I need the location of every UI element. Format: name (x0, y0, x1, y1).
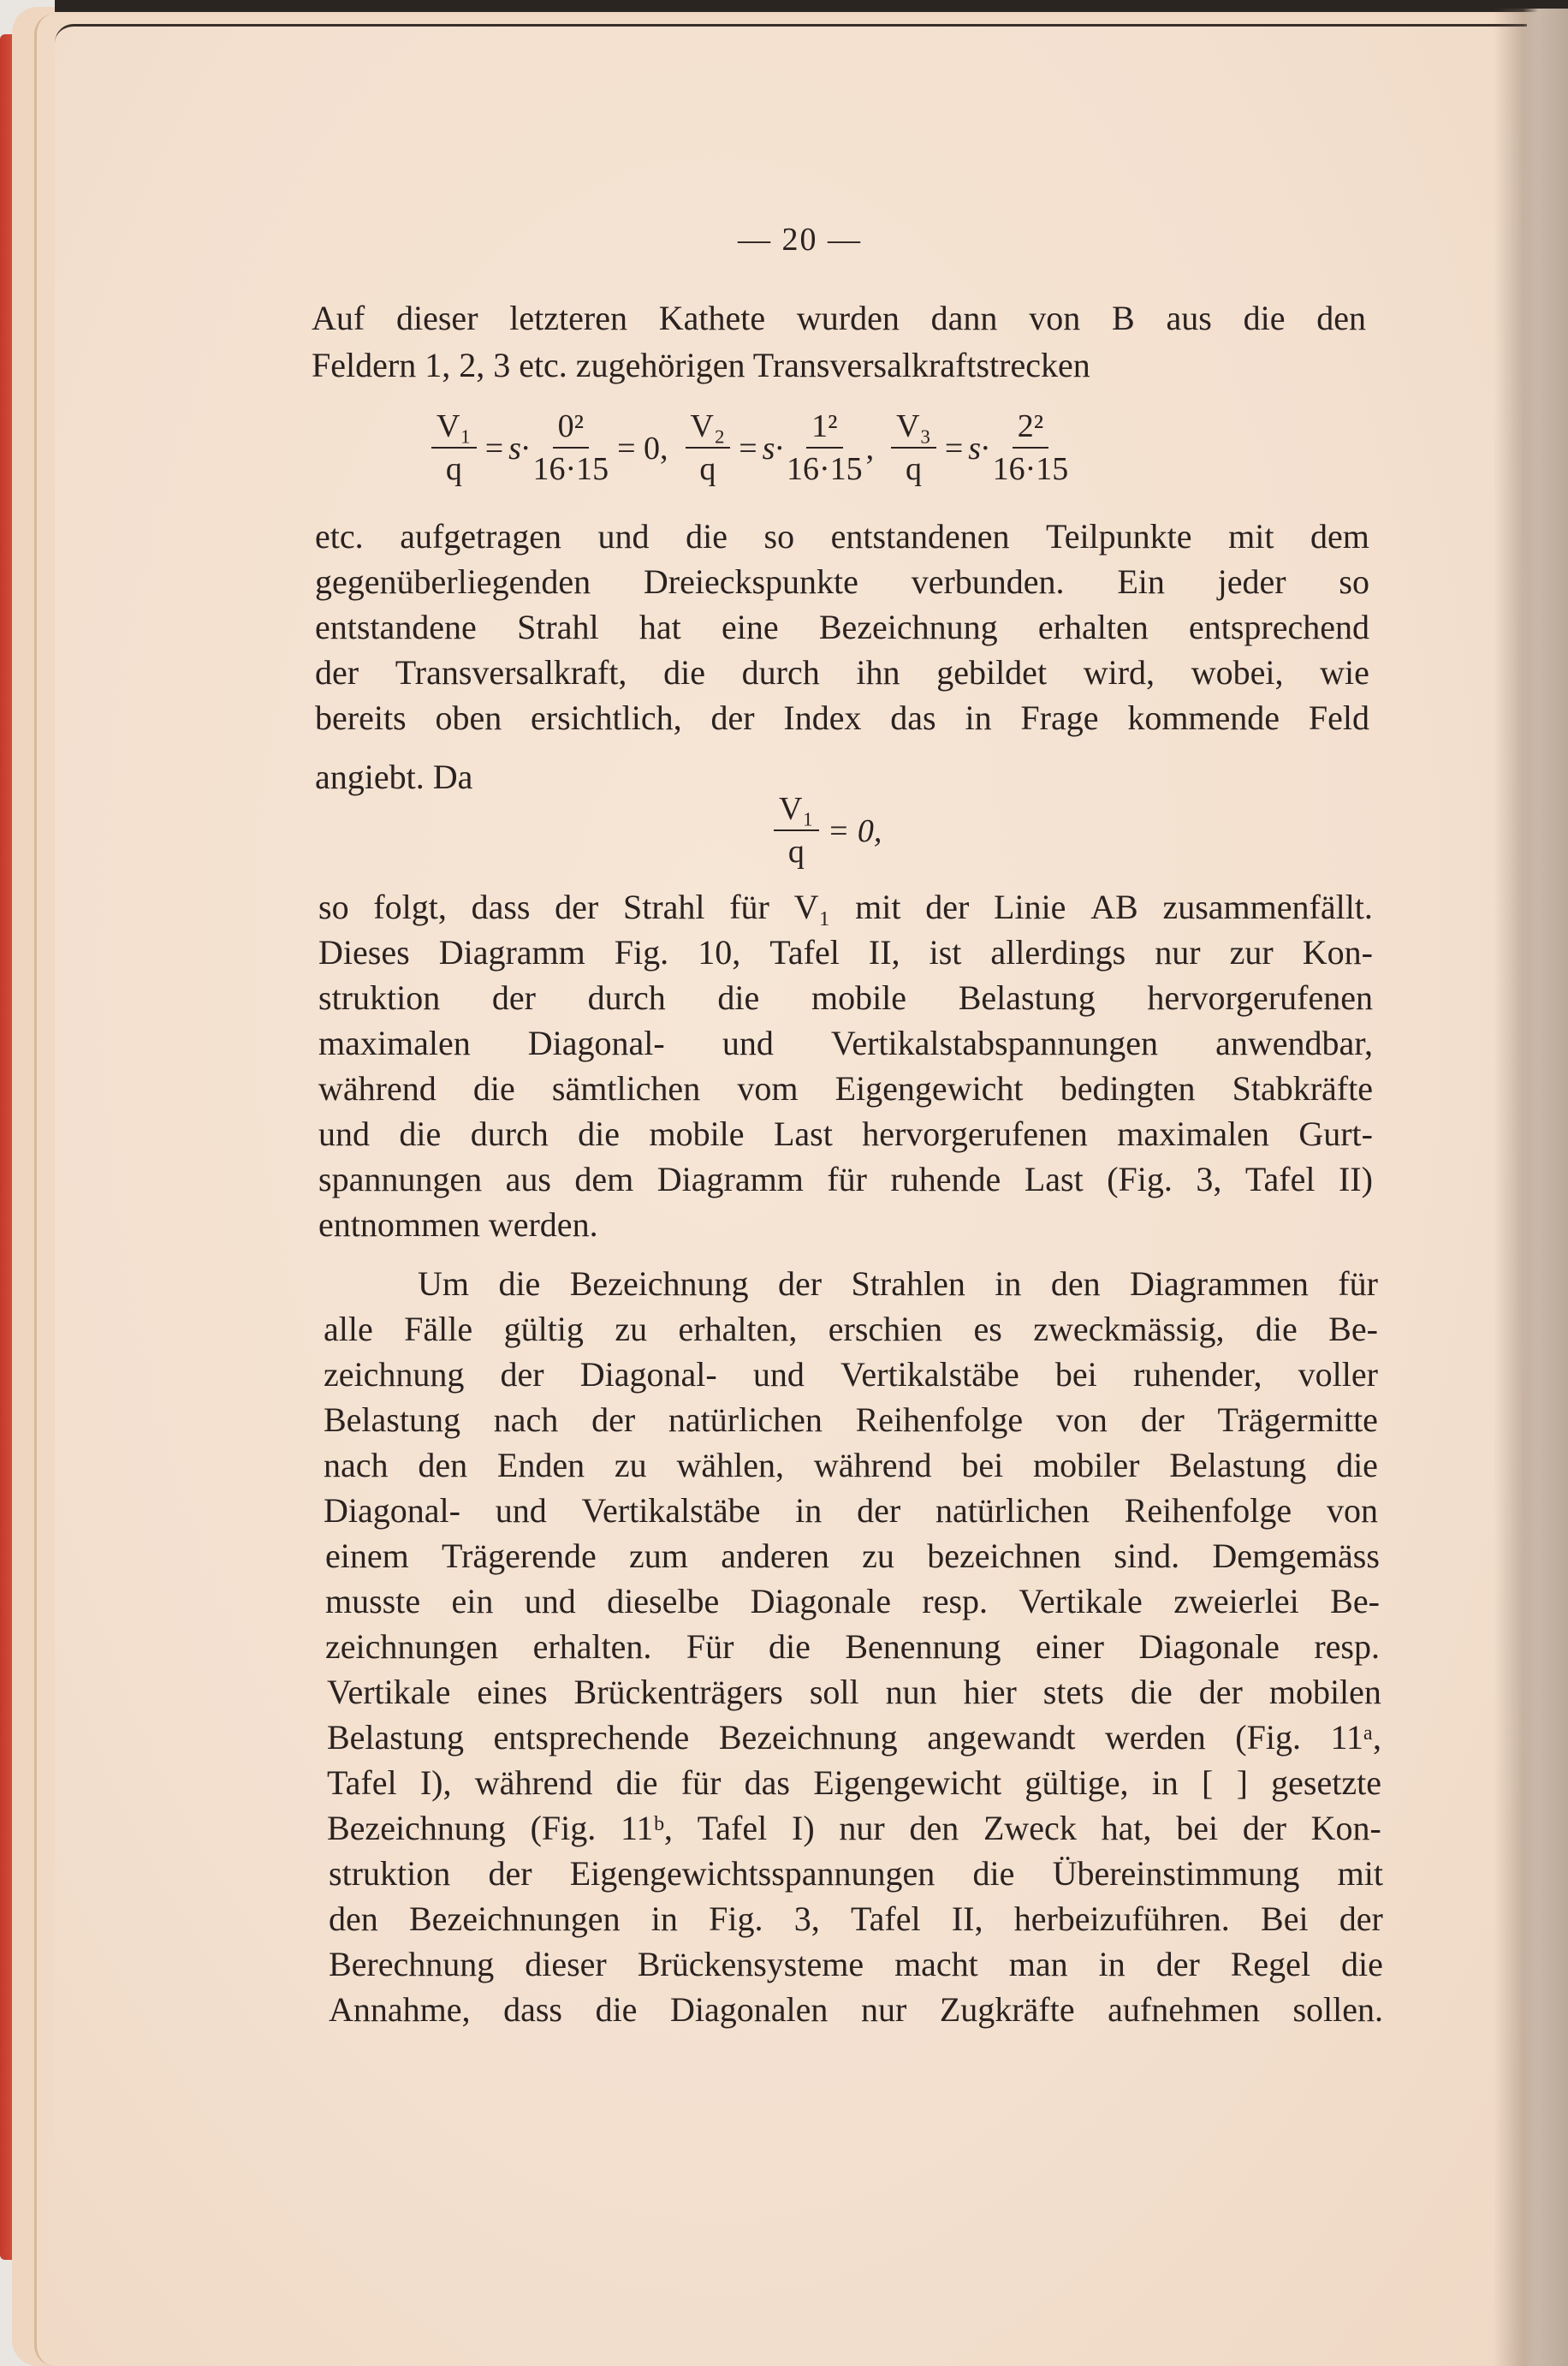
word: die (616, 1766, 658, 1800)
word: in (1099, 1947, 1126, 1982)
word: Diagonal- (324, 1494, 460, 1528)
word: Demgemäss (1212, 1539, 1380, 1573)
word: hervorgerufenen (1147, 981, 1373, 1015)
word: Vertikalstäbe (582, 1494, 761, 1528)
word: Tafel (769, 936, 840, 970)
page-number: — 20 — (738, 221, 862, 259)
word: (Fig. (1235, 1721, 1301, 1755)
word: wurden (797, 301, 900, 336)
word: während (475, 1766, 593, 1800)
word: Be- (1328, 1312, 1378, 1346)
word: so (764, 520, 795, 554)
word: hier (964, 1675, 1017, 1709)
word: mobile (811, 981, 906, 1015)
word: hat (639, 610, 681, 645)
word: (Fig. (531, 1811, 597, 1846)
word: Diagramm (439, 936, 585, 970)
word: Diagonal- (528, 1026, 665, 1061)
word: zu (615, 1448, 647, 1483)
word: ersichtlich, (531, 701, 682, 735)
word: dass (472, 890, 531, 924)
word: Vertikalstabspannungen (831, 1026, 1158, 1061)
text-line: BerechnungdieserBrückensystememachtmanin… (329, 1947, 1383, 1982)
word: nur (861, 1993, 906, 2027)
word: Eigengewicht (813, 1766, 1001, 1800)
word: Belastung (1169, 1448, 1306, 1483)
word: der (555, 890, 598, 924)
word: anderen (721, 1539, 829, 1573)
word: gegenüberliegenden (315, 565, 591, 599)
word: Trägermitte (1218, 1403, 1378, 1437)
word: die (663, 656, 705, 690)
word: Vertikale (1019, 1584, 1142, 1619)
word: nur (1155, 936, 1200, 970)
formula-transversal-forces: V₁q =s· 0²16·15 = 0, V₂q =s· 1²16·15 , V… (428, 409, 1072, 488)
word: Brückensysteme (638, 1947, 864, 1982)
word: der (501, 1358, 544, 1392)
word: durch (471, 1117, 549, 1151)
word: zweierlei (1173, 1584, 1299, 1619)
word: sind. (1114, 1539, 1179, 1573)
text-line: TafelI),währenddiefürdasEigengewichtgült… (327, 1766, 1381, 1800)
word: nach (324, 1448, 389, 1483)
word: mit (855, 890, 900, 924)
word: Be- (1330, 1584, 1380, 1619)
word: die (769, 1630, 811, 1664)
word: in (651, 1902, 678, 1936)
fraction: V₂q (686, 409, 731, 488)
fraction: V₁q (431, 409, 477, 488)
word: Zugkräfte (940, 1993, 1075, 2027)
page-content: — 20 — AufdieserletzterenKathetewurdenda… (0, 0, 1568, 2366)
word: die (1256, 1312, 1298, 1346)
word: Strahlen (852, 1267, 965, 1301)
word: die (717, 981, 759, 1015)
text-line: entnommen werden. (318, 1208, 598, 1242)
text-line: währenddiesämtlichenvomEigengewichtbedin… (318, 1072, 1373, 1106)
word: bedingten (1060, 1072, 1196, 1106)
word: erhalten. (533, 1630, 652, 1664)
word: musste (325, 1584, 420, 1619)
word: 3, (794, 1902, 820, 1936)
word: Enden (497, 1448, 585, 1483)
word: und (318, 1117, 370, 1151)
word: die (1131, 1675, 1173, 1709)
word: aus (506, 1162, 551, 1197)
word: hat, (1102, 1811, 1152, 1846)
text-line: mussteeinunddieselbeDiagonaleresp.Vertik… (325, 1584, 1380, 1619)
word: mobile (649, 1117, 744, 1151)
word: maximalen (318, 1026, 471, 1061)
word: der (1339, 1902, 1383, 1936)
word: soll (810, 1675, 859, 1709)
word: Kathete (659, 301, 765, 336)
word: folgt, (373, 890, 447, 924)
text-line: sofolgt,dassderStrahlfürV₁mitderLinieABz… (318, 890, 1373, 924)
word: aufnehmen (1108, 1993, 1260, 2027)
word: ] (1237, 1766, 1248, 1800)
text-line: Feldern 1, 2, 3 etc. zugehörigen Transve… (312, 348, 1090, 383)
word: Vertikale (327, 1675, 450, 1709)
word: voller (1298, 1358, 1378, 1392)
word: und (753, 1358, 805, 1392)
word: I), (420, 1766, 452, 1800)
word: AB (1090, 890, 1138, 924)
word: Last (774, 1117, 833, 1151)
word: vom (737, 1072, 798, 1106)
word: Transversalkraft, (395, 656, 627, 690)
word: (Fig. (1107, 1162, 1173, 1197)
word: Reihenfolge (856, 1403, 1024, 1437)
word: bei (1176, 1811, 1218, 1846)
word: so (1339, 565, 1369, 599)
text-line: derTransversalkraft,diedurchihngebildetw… (315, 656, 1369, 690)
word: Regel (1231, 1947, 1310, 1982)
word: bereits (315, 701, 407, 735)
fraction: 2²16·15 (993, 409, 1069, 488)
word: dieser (396, 301, 478, 336)
word: natürlichen (935, 1494, 1090, 1528)
word: durch (588, 981, 666, 1015)
word: von (1056, 1403, 1108, 1437)
word: Diagrammen (1130, 1267, 1309, 1301)
word: die (972, 1857, 1014, 1891)
word: angewandt (927, 1721, 1075, 1755)
word: und (722, 1026, 774, 1061)
word: dieselbe (607, 1584, 719, 1619)
word: die (1341, 1947, 1383, 1982)
word: den (1316, 301, 1366, 336)
word: der (492, 981, 536, 1015)
text-line: denBezeichnungeninFig.3,TafelII,herbeizu… (329, 1902, 1383, 1936)
word: die (686, 520, 728, 554)
word: dass (503, 1993, 562, 2027)
word: die (498, 1267, 540, 1301)
word: wobei, (1191, 656, 1284, 690)
word: ruhende (890, 1162, 1001, 1197)
word: gültige, (1025, 1766, 1128, 1800)
word: den (418, 1448, 467, 1483)
word: Bezeichnung (327, 1811, 506, 1846)
word: 10, (698, 936, 740, 970)
word: dem (574, 1162, 633, 1197)
word: der (1199, 1675, 1243, 1709)
text-line: DiesesDiagrammFig.10,TafelII,istallerdin… (318, 936, 1373, 970)
word: 3, (1196, 1162, 1221, 1197)
word: der (778, 1267, 822, 1301)
word: [ (1202, 1766, 1213, 1800)
word: Teilpunkte (1046, 520, 1192, 554)
fraction: 1²16·15 (787, 409, 863, 488)
word: I) (792, 1811, 815, 1846)
word: gültig (504, 1312, 584, 1346)
word: struktion (329, 1857, 450, 1891)
word: entstandene (315, 610, 477, 645)
text-line: unddiedurchdiemobileLasthervorgerufenenm… (318, 1117, 1373, 1151)
word: entsprechend (1189, 610, 1369, 645)
word: für (681, 1766, 722, 1800)
word: Dreieckspunkte (644, 565, 858, 599)
text-line: Annahme,dassdieDiagonalennurZugkräfteauf… (329, 1993, 1383, 2027)
word: Diagonal- (580, 1358, 717, 1392)
word: II) (1339, 1162, 1373, 1197)
text-line: spannungenausdemDiagrammfürruhendeLast(F… (318, 1162, 1373, 1197)
word: Brückenträgers (574, 1675, 783, 1709)
word: Diagonalen (670, 1993, 828, 2027)
word: Tafel (327, 1766, 397, 1800)
word: das (745, 1766, 790, 1800)
word: Belastung (959, 981, 1096, 1015)
word: nun (886, 1675, 937, 1709)
word: Stabkräfte (1232, 1072, 1373, 1106)
word: Berechnung (329, 1947, 494, 1982)
word: werden (1105, 1721, 1206, 1755)
word: jeder (1218, 565, 1286, 599)
word: eine (722, 610, 779, 645)
word: von (1327, 1494, 1378, 1528)
word: nur (839, 1811, 884, 1846)
word: den (1051, 1267, 1101, 1301)
word: Eigengewicht (835, 1072, 1024, 1106)
word: macht (894, 1947, 978, 1982)
text-line: entstandeneStrahlhateineBezeichnungerhal… (315, 610, 1369, 645)
word: alle (324, 1312, 373, 1346)
word: in (995, 1267, 1021, 1301)
word: kommende (1127, 701, 1280, 735)
word: Eigengewichtsspannungen (570, 1857, 935, 1891)
word: der (857, 1494, 900, 1528)
word: für (827, 1162, 867, 1197)
word: Tafel (698, 1811, 768, 1846)
word: dann (931, 301, 998, 336)
text-line: zeichnungderDiagonal-undVertikalstäbebei… (324, 1358, 1378, 1392)
word: Bezeichnung (570, 1267, 749, 1301)
fraction: V₃q (891, 409, 936, 488)
text-line: VertikaleeinesBrückenträgerssollnunhiers… (327, 1675, 1381, 1709)
fraction: V₁q (774, 792, 819, 871)
word: der (488, 1857, 532, 1891)
word: einem (325, 1539, 409, 1573)
word: Übereinstimmung (1053, 1857, 1300, 1891)
word: 11ᵃ, (1331, 1721, 1381, 1755)
word: Tafel (851, 1902, 921, 1936)
word: sollen. (1292, 1993, 1383, 2027)
word: Feld (1309, 701, 1369, 735)
word: die (399, 1117, 441, 1151)
word: dieser (525, 1947, 607, 1982)
word: Diagramm (657, 1162, 804, 1197)
word: herbeizuführen. (1014, 1902, 1230, 1936)
word: Diagonale (1138, 1630, 1279, 1664)
word: es (973, 1312, 1001, 1346)
word: II, (952, 1902, 983, 1936)
word: Frage (1020, 701, 1098, 735)
word: den (909, 1811, 959, 1846)
word: letzteren (509, 301, 627, 336)
word: Diagonale (751, 1584, 891, 1619)
word: zu (862, 1539, 894, 1573)
word: Trägerende (442, 1539, 597, 1573)
word: ihn (856, 656, 900, 690)
word: Ein (1117, 565, 1165, 599)
word: Gurt- (1298, 1117, 1373, 1151)
text-line: UmdieBezeichnungderStrahlenindenDiagramm… (418, 1267, 1378, 1301)
word: Annahme, (329, 1993, 471, 2027)
word: in (1152, 1766, 1179, 1800)
word: bei (961, 1448, 1003, 1483)
word: Bezeichnungen (409, 1902, 621, 1936)
word: die (596, 1993, 638, 2027)
word: zeichnungen (325, 1630, 498, 1664)
word: einer (1036, 1630, 1104, 1664)
word: bezeichnen (927, 1539, 1081, 1573)
word: hervorgerufenen (862, 1117, 1088, 1151)
word: Linie (994, 890, 1066, 924)
word: resp. (1314, 1630, 1380, 1664)
word: erhalten (1038, 610, 1149, 645)
word: aufgetragen (400, 520, 561, 554)
word: für (729, 890, 769, 924)
word: und (525, 1584, 576, 1619)
text-line: einemTrägerendezumanderenzubezeichnensin… (325, 1539, 1380, 1573)
word: wie (1320, 656, 1369, 690)
word: Benennung (845, 1630, 1001, 1664)
word: wird, (1084, 656, 1155, 690)
word: gebildet (936, 656, 1047, 690)
word: Bezeichnung (719, 1721, 898, 1755)
formula-v1-zero: V₁q = 0, (770, 792, 887, 871)
word: den (329, 1902, 378, 1936)
text-line: struktionderdurchdiemobileBelastunghervo… (318, 981, 1373, 1015)
word: stets (1043, 1675, 1104, 1709)
word: Zweck (983, 1811, 1077, 1846)
text-line: BelastungnachdernatürlichenReihenfolgevo… (324, 1403, 1378, 1437)
word: so (318, 890, 349, 924)
word: für (1338, 1267, 1378, 1301)
word: während (318, 1072, 437, 1106)
word: entsprechende (494, 1721, 690, 1755)
word: nach (494, 1403, 559, 1437)
word: sämtlichen (552, 1072, 700, 1106)
word: der (1156, 1947, 1200, 1982)
word: struktion (318, 981, 440, 1015)
word: Für (686, 1630, 734, 1664)
word: II, (869, 936, 900, 970)
word: Kon- (1311, 1811, 1381, 1846)
word: aus (1166, 301, 1211, 336)
text-line: alleFällegültigzuerhalten,erschieneszwec… (324, 1312, 1378, 1346)
word: und (496, 1494, 547, 1528)
word: erschien (829, 1312, 942, 1346)
word: die (1244, 301, 1286, 336)
word: 11ᵇ, (621, 1811, 673, 1846)
word: der (710, 701, 754, 735)
text-line: AufdieserletzterenKathetewurdendannvonBa… (312, 301, 1366, 336)
word: und (598, 520, 650, 554)
word: in (965, 701, 991, 735)
text-line: zeichnungenerhalten.FürdieBenennungeiner… (325, 1630, 1380, 1664)
word: Fälle (404, 1312, 472, 1346)
word: bei (1055, 1358, 1097, 1392)
word: Tafel (1245, 1162, 1316, 1197)
word: das (890, 701, 935, 735)
text-line: BelastungentsprechendeBezeichnungangewan… (327, 1721, 1381, 1755)
word: von (1029, 301, 1080, 336)
word: der (315, 656, 359, 690)
word: eines (477, 1675, 547, 1709)
word: oben (435, 701, 502, 735)
word: mit (1228, 520, 1274, 554)
word: der (925, 890, 969, 924)
word: Last (1025, 1162, 1084, 1197)
word: resp. (922, 1584, 988, 1619)
word: Dieses (318, 936, 410, 970)
word: spannungen (318, 1162, 482, 1197)
word: die (1336, 1448, 1378, 1483)
word: Bezeichnung (819, 610, 998, 645)
word: zeichnung (324, 1358, 464, 1392)
word: Belastung (324, 1403, 460, 1437)
word: zum (629, 1539, 688, 1573)
word: Index (783, 701, 861, 735)
word: zusammenfällt. (1162, 890, 1372, 924)
word: Fig. (615, 936, 668, 970)
text-line: etc.aufgetragenunddiesoentstandenenTeilp… (315, 520, 1369, 554)
word: allerdings (990, 936, 1126, 970)
word: während (814, 1448, 932, 1483)
word: der (1141, 1403, 1185, 1437)
word: entstandenen (831, 520, 1010, 554)
word: man (1009, 1947, 1068, 1982)
text-line: Bezeichnung(Fig.11ᵇ,TafelI)nurdenZweckha… (327, 1811, 1381, 1846)
fraction: 0²16·15 (532, 409, 609, 488)
word: Auf (312, 301, 365, 336)
word: etc. (315, 520, 364, 554)
text-line: bereitsobenersichtlich,derIndexdasinFrag… (315, 701, 1369, 735)
text-line: Diagonal-undVertikalstäbeindernatürliche… (324, 1494, 1378, 1528)
text-line: angiebt. Da (315, 760, 472, 794)
word: Belastung (327, 1721, 464, 1755)
text-line: maximalenDiagonal-undVertikalstabspannun… (318, 1026, 1373, 1061)
word: gesetzte (1271, 1766, 1381, 1800)
word: Strahl (517, 610, 599, 645)
word: zu (615, 1312, 647, 1346)
word: dem (1310, 520, 1369, 554)
word: erhalten, (679, 1312, 798, 1346)
word: Fig. (709, 1902, 763, 1936)
word: maximalen (1117, 1117, 1269, 1151)
word: der (591, 1403, 635, 1437)
word: der (1243, 1811, 1286, 1846)
word: Vertikalstäbe (840, 1358, 1019, 1392)
word: durch (742, 656, 820, 690)
word: mit (1338, 1857, 1383, 1891)
word: zur (1230, 936, 1274, 970)
word: B (1112, 301, 1135, 336)
word: Bei (1261, 1902, 1309, 1936)
word: mobilen (1269, 1675, 1381, 1709)
text-line: struktionderEigengewichtsspannungendieÜb… (329, 1857, 1383, 1891)
text-line: gegenüberliegendenDreieckspunkteverbunde… (315, 565, 1369, 599)
word: in (795, 1494, 822, 1528)
word: Reihenfolge (1125, 1494, 1292, 1528)
word: Strahl (623, 890, 705, 924)
word: mobiler (1033, 1448, 1139, 1483)
word: verbunden. (912, 565, 1065, 599)
word: Um (418, 1267, 469, 1301)
text-line: nachdenEndenzuwählen,währendbeimobilerBe… (324, 1448, 1378, 1483)
word: die (578, 1117, 620, 1151)
